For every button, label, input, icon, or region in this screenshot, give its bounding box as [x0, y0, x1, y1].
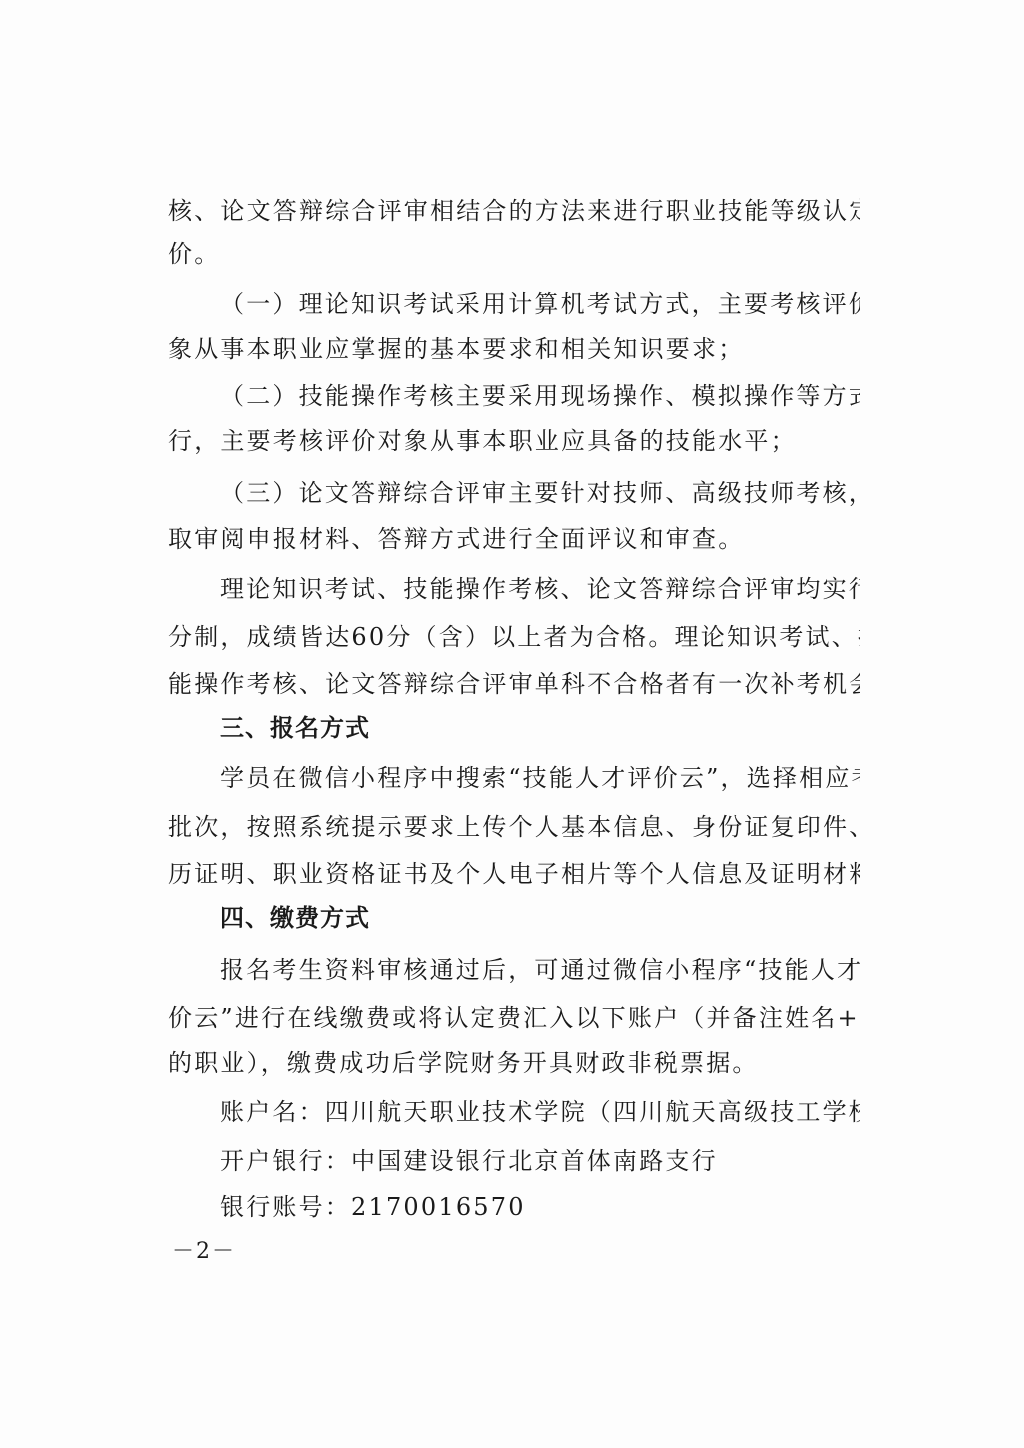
account-number-line: 银行账号：2170016570	[220, 1192, 860, 1222]
text-line: 象从事本职业应掌握的基本要求和相关知识要求；	[168, 334, 860, 364]
section-heading-payment: 四、缴费方式	[220, 903, 860, 933]
text-line: （二）技能操作考核主要采用现场操作、模拟操作等方式进	[220, 381, 860, 411]
bank-name-line: 开户银行：中国建设银行北京首体南路支行	[220, 1146, 860, 1176]
page-number: －2－	[172, 1238, 236, 1266]
text-line: 分制，成绩皆达60分（含）以上者为合格。理论知识考试、技	[168, 622, 860, 652]
text-line: 历证明、职业资格证书及个人电子相片等个人信息及证明材料。	[168, 859, 860, 889]
text-line: 学员在微信小程序中搜索“技能人才评价云”，选择相应考试	[220, 763, 860, 793]
text-line: 能操作考核、论文答辩综合评审单科不合格者有一次补考机会。	[168, 669, 860, 699]
account-name-line: 账户名：四川航天职业技术学院（四川航天高级技工学校）	[220, 1097, 860, 1127]
text-line: （三）论文答辩综合评审主要针对技师、高级技师考核，采	[220, 478, 860, 508]
text-line: 批次，按照系统提示要求上传个人基本信息、身份证复印件、学	[168, 812, 860, 842]
text-line: 核、论文答辩综合评审相结合的方法来进行职业技能等级认定评	[168, 196, 860, 226]
text-line: 行，主要考核评价对象从事本职业应具备的技能水平；	[168, 426, 860, 456]
text-line: 理论知识考试、技能操作考核、论文答辩综合评审均实行百	[220, 574, 860, 604]
text-line: 价云”进行在线缴费或将认定费汇入以下账户（并备注姓名+认定	[168, 1003, 860, 1033]
section-heading-registration: 三、报名方式	[220, 713, 860, 743]
text-line: 取审阅申报材料、答辩方式进行全面评议和审查。	[168, 524, 860, 554]
text-line: （一）理论知识考试采用计算机考试方式，主要考核评价对	[220, 289, 860, 319]
document-page: 核、论文答辩综合评审相结合的方法来进行职业技能等级认定评 价。 （一）理论知识考…	[0, 0, 1024, 1448]
text-line: 报名考生资料审核通过后，可通过微信小程序“技能人才评	[220, 955, 860, 985]
text-line: 的职业），缴费成功后学院财务开具财政非税票据。	[168, 1048, 860, 1078]
text-line: 价。	[168, 239, 860, 269]
